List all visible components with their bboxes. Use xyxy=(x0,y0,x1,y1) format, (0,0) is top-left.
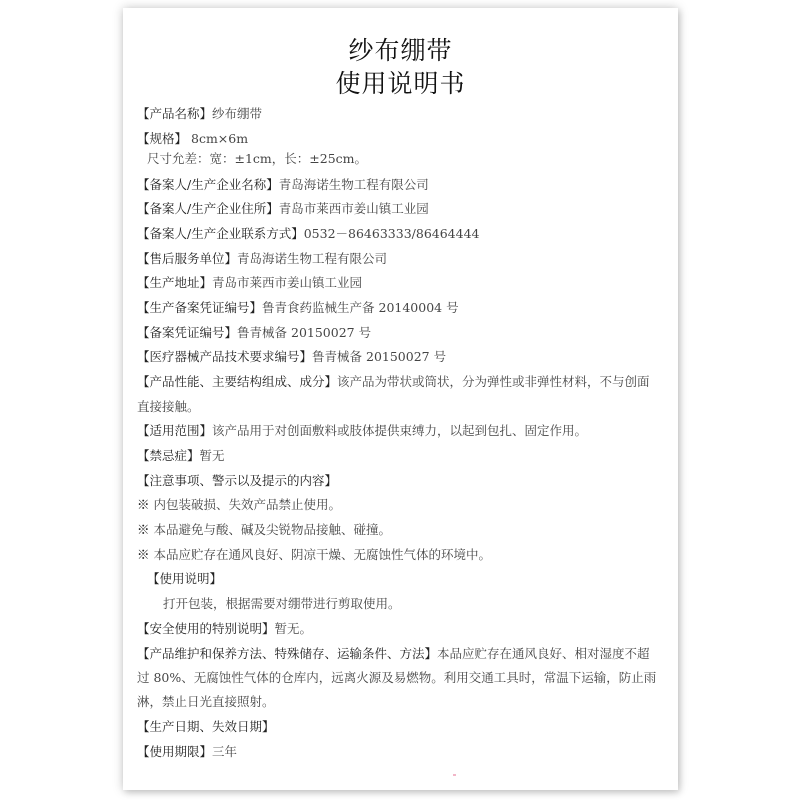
section-value: 青岛海诺生物工程有限公司 xyxy=(279,177,429,192)
section-label: 【生产日期、失效日期】 xyxy=(137,719,275,734)
production-address-line: 【生产地址】青岛市莱西市姜山镇工业园 xyxy=(137,275,669,290)
reference-mark-icon: ※ xyxy=(137,497,153,512)
scope-line: 【适用范围】该产品用于对创面敷料或肢体提供束缚力，以起到包扎、固定作用。 xyxy=(137,423,669,438)
section-value: 该产品用于对创面敷料或肢体提供束缚力，以起到包扎、固定作用。 xyxy=(212,423,587,438)
section-value: 鲁青械备 20150027 号 xyxy=(237,325,371,340)
record-number-line: 【备案凭证编号】鲁青械备 20150027 号 xyxy=(137,325,669,340)
section-label: 【安全使用的特别说明】 xyxy=(137,621,275,636)
technical-requirement-line: 【医疗器械产品技术要求编号】鲁青械备 20150027 号 xyxy=(137,349,669,364)
section-label: 【生产备案凭证编号】 xyxy=(137,300,262,315)
section-label: 【备案人/生产企业名称】 xyxy=(137,177,279,192)
stray-mark xyxy=(453,774,456,776)
production-record-number-line: 【生产备案凭证编号】鲁青食药监械生产备 20140004 号 xyxy=(137,300,669,315)
section-label: 【生产地址】 xyxy=(137,275,212,290)
section-value: 鲁青械备 20150027 号 xyxy=(312,349,446,364)
section-value: 8cm×6m xyxy=(187,131,248,146)
section-label: 【规格】 xyxy=(137,131,187,146)
reference-mark-icon: ※ xyxy=(137,522,153,537)
section-value: 过 80%、无腐蚀性气体的仓库内，远离火源及易燃物。利用交通工具时，常温下运输，… xyxy=(137,670,656,685)
section-value: 本品避免与酸、碱及尖锐物品接触、碰撞。 xyxy=(153,522,391,537)
section-label: 【注意事项、警示以及提示的内容】 xyxy=(137,473,337,488)
specification-line: 【规格】 8cm×6m xyxy=(137,131,669,146)
registrant-contact-line: 【备案人/生产企业联系方式】0532－86463333/86464444 xyxy=(137,226,669,241)
section-label: 【备案凭证编号】 xyxy=(137,325,237,340)
registrant-address-line: 【备案人/生产企业住所】青岛市莱西市姜山镇工业园 xyxy=(137,201,669,216)
storage-line-cont: 过 80%、无腐蚀性气体的仓库内，远离火源及易燃物。利用交通工具时，常温下运输，… xyxy=(137,670,669,685)
section-label: 【禁忌症】 xyxy=(137,448,200,463)
section-label: 【售后服务单位】 xyxy=(137,251,237,266)
storage-line-cont: 淋，禁止日光直接照射。 xyxy=(137,694,669,709)
precaution-item: ※ 本品避免与酸、碱及尖锐物品接触、碰撞。 xyxy=(137,522,669,537)
safety-note-line: 【安全使用的特别说明】暂无。 xyxy=(137,621,669,636)
section-value: 暂无 xyxy=(200,448,225,463)
usage-text: 打开包装，根据需要对绷带进行剪取使用。 xyxy=(137,596,695,611)
section-value: 0532－86463333/86464444 xyxy=(304,226,480,241)
section-value: 青岛海诺生物工程有限公司 xyxy=(237,251,387,266)
after-sales-line: 【售后服务单位】青岛海诺生物工程有限公司 xyxy=(137,251,669,266)
section-value: 三年 xyxy=(212,744,237,759)
section-value: 纱布绷带 xyxy=(212,106,262,121)
reference-mark-icon: ※ xyxy=(137,547,153,562)
section-value: 鲁青食药监械生产备 20140004 号 xyxy=(262,300,459,315)
instruction-sheet-page: 纱布绷带 使用说明书 【产品名称】纱布绷带 【规格】 8cm×6m 尺寸允差：宽… xyxy=(123,8,678,790)
document-title: 纱布绷带 xyxy=(123,36,678,66)
registrant-name-line: 【备案人/生产企业名称】青岛海诺生物工程有限公司 xyxy=(137,177,669,192)
section-label: 【产品名称】 xyxy=(137,106,212,121)
section-value: 青岛市莱西市姜山镇工业园 xyxy=(212,275,362,290)
section-label: 【产品维护和保养方法、特殊储存、运输条件、方法】 xyxy=(137,646,437,661)
section-value: 淋，禁止日光直接照射。 xyxy=(137,694,275,709)
production-date-line: 【生产日期、失效日期】 xyxy=(137,719,669,734)
section-label: 【使用说明】 xyxy=(147,571,222,586)
precautions-heading: 【注意事项、警示以及提示的内容】 xyxy=(137,473,669,488)
document-subtitle: 使用说明书 xyxy=(123,69,678,99)
section-label: 【适用范围】 xyxy=(137,423,212,438)
section-value: 直接接触。 xyxy=(137,399,200,414)
product-name-line: 【产品名称】纱布绷带 xyxy=(137,106,669,121)
section-value: 本品应贮存在通风良好、相对湿度不超 xyxy=(437,646,650,661)
shelf-life-line: 【使用期限】三年 xyxy=(137,744,669,759)
section-label: 【医疗器械产品技术要求编号】 xyxy=(137,349,312,364)
section-value: 尺寸允差：宽：±1cm，长：±25cm。 xyxy=(147,151,367,166)
section-label: 【备案人/生产企业住所】 xyxy=(137,201,279,216)
composition-line-cont: 直接接触。 xyxy=(137,399,669,414)
section-value: 暂无。 xyxy=(275,621,313,636)
usage-heading: 【使用说明】 xyxy=(137,571,679,586)
section-label: 【使用期限】 xyxy=(137,744,212,759)
section-value: 青岛市莱西市姜山镇工业园 xyxy=(279,201,429,216)
section-value: 打开包装，根据需要对绷带进行剪取使用。 xyxy=(163,596,401,611)
section-value: 本品应贮存在通风良好、阴凉干燥、无腐蚀性气体的环境中。 xyxy=(153,547,491,562)
composition-line: 【产品性能、主要结构组成、成分】该产品为带状或筒状，分为弹性或非弹性材料，不与创… xyxy=(137,374,669,389)
storage-line: 【产品维护和保养方法、特殊储存、运输条件、方法】本品应贮存在通风良好、相对湿度不… xyxy=(137,646,669,661)
size-tolerance-line: 尺寸允差：宽：±1cm，长：±25cm。 xyxy=(137,151,679,166)
precaution-item: ※ 内包装破损、失效产品禁止使用。 xyxy=(137,497,669,512)
precaution-item: ※ 本品应贮存在通风良好、阴凉干燥、无腐蚀性气体的环境中。 xyxy=(137,547,669,562)
section-label: 【备案人/生产企业联系方式】 xyxy=(137,226,304,241)
section-value: 内包装破损、失效产品禁止使用。 xyxy=(153,497,341,512)
section-label: 【产品性能、主要结构组成、成分】 xyxy=(137,374,337,389)
contraindication-line: 【禁忌症】暂无 xyxy=(137,448,669,463)
section-value: 该产品为带状或筒状，分为弹性或非弹性材料，不与创面 xyxy=(337,374,650,389)
